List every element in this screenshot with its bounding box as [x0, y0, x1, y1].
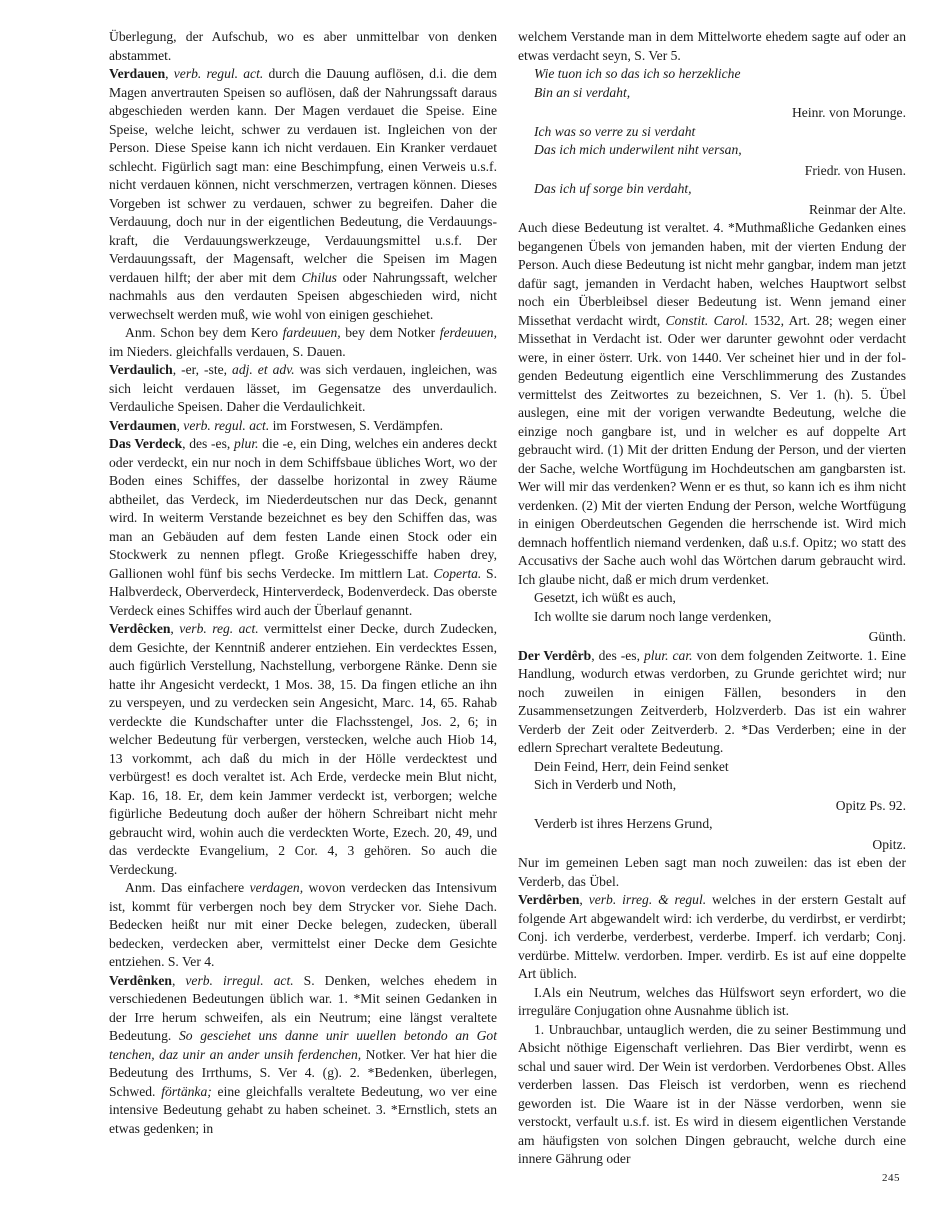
quote-attribution: Heinr. von Morunge.	[518, 102, 906, 123]
verse-line: Bin an si verdaht,	[518, 84, 906, 103]
quote-attribution: Günth.	[518, 626, 906, 647]
headword: Verdêrben	[518, 892, 579, 907]
body-text: Auch diese Bedeutung ist veraltet. 4. *M…	[518, 220, 906, 328]
verse-line: Verderb ist ihres Herzens Grund,	[518, 815, 906, 834]
verse-line: Dein Feind, Herr, dein Feind senket	[518, 758, 906, 777]
verse-line: Das ich mich underwilent niht versan,	[518, 141, 906, 160]
annotation-paragraph: I.Als ein Neutrum, welches das Hülfswort…	[518, 984, 906, 1021]
grammar-label: verb. irregul. act.	[185, 973, 293, 988]
grammar-label: plur.	[234, 436, 259, 451]
body-text: 1532, Art. 28; wegen einer Missethat in …	[518, 313, 906, 587]
headword: Verdênken	[109, 973, 172, 988]
body-text: im Nieders. gleichfalls verdauen, S. Dau…	[109, 344, 346, 359]
quote-attribution: Opitz Ps. 92.	[518, 795, 906, 816]
grammar-label: verb. irreg. & regul.	[589, 892, 706, 907]
italic-text: Coperta.	[433, 566, 481, 581]
headword-suffix: , des -es,	[591, 648, 644, 663]
headword-suffix: ,	[172, 973, 185, 988]
dictionary-entry: Der Verdêrb, des -es, plur. car. von dem…	[518, 647, 906, 758]
verse-line: Das ich uf sorge bin verdaht,	[518, 180, 906, 199]
quote-attribution: Reinmar der Alte.	[518, 199, 906, 220]
headword: Verdaumen	[109, 418, 176, 433]
headword-suffix: ,	[165, 66, 174, 81]
right-column: welchem Verstande man in dem Mittelworte…	[518, 28, 906, 1169]
body-text: Anm. Das einfachere	[125, 880, 250, 895]
headword: Verdauen	[109, 66, 165, 81]
paragraph: welchem Verstande man in dem Mittelworte…	[518, 28, 906, 65]
italic-text: Constit. Carol.	[666, 313, 749, 328]
dictionary-entry: Verdêrben, verb. irreg. & regul. welches…	[518, 891, 906, 984]
body-text: 1. Unbrauchbar, untauglich werden, die z…	[518, 1022, 906, 1167]
headword-suffix: , -er, -ste,	[173, 362, 232, 377]
headword: Der Verdêrb	[518, 648, 591, 663]
grammar-label: verb. reg. act.	[179, 621, 258, 636]
headword-suffix: ,	[170, 621, 179, 636]
dictionary-entry: Verdêcken, verb. reg. act. vermittelst e…	[109, 620, 497, 879]
headword: Das Verdeck	[109, 436, 182, 451]
left-column: Überlegung, der Aufschub, wo es aber unm…	[109, 28, 497, 1138]
annotation-paragraph: 1. Unbrauchbar, untauglich werden, die z…	[518, 1021, 906, 1169]
dictionary-entry: Verdaumen, verb. regul. act. im Forstwes…	[109, 417, 497, 436]
paragraph: Überlegung, der Aufschub, wo es aber unm…	[109, 28, 497, 65]
body-text: die -e, ein Ding, welches ein an­deres d…	[109, 436, 497, 581]
verse-line: Ich was so verre zu si verdaht	[518, 123, 906, 142]
italic-text: Chilus	[301, 270, 337, 285]
quote-attribution: Opitz.	[518, 834, 906, 855]
grammar-label: verb. regul. act.	[174, 66, 264, 81]
body-text: durch die Dauung auflösen, d.i. die dem …	[109, 66, 497, 285]
paragraph: Auch diese Bedeutung ist veraltet. 4. *M…	[518, 219, 906, 589]
italic-text: verdagen,	[250, 880, 303, 895]
verse-line: Wie tuon ich so das ich so herzekliche	[518, 65, 906, 84]
verse-line: Ich wollte sie darum noch lange verdenke…	[518, 608, 906, 627]
verse-line: Sich in Verderb und Noth,	[518, 776, 906, 795]
verse-line: Gesetzt, ich wüßt es auch,	[518, 589, 906, 608]
quote-attribution: Friedr. von Husen.	[518, 160, 906, 181]
headword-suffix: , des -es,	[182, 436, 234, 451]
body-text: Überlegung, der Aufschub, wo es aber unm…	[109, 29, 497, 63]
grammar-label: verb. regul. act.	[183, 418, 269, 433]
dictionary-entry: Verdênken, verb. irregul. act. S. Denken…	[109, 972, 497, 1139]
italic-text: fer­deuuen,	[440, 325, 497, 340]
dictionary-entry: Verdauen, verb. regul. act. durch die Da…	[109, 65, 497, 324]
headword: Verdêcken	[109, 621, 170, 636]
body-text: vermittelst einer Decke, durch Zu­decken…	[109, 621, 497, 877]
body-text: Anm. Schon bey dem Kero	[125, 325, 283, 340]
annotation-paragraph: Anm. Schon bey dem Kero fardeuuen, bey d…	[109, 324, 497, 361]
annotation-paragraph: Anm. Das einfachere verdagen, wovon verd…	[109, 879, 497, 972]
paragraph: Nur im gemeinen Leben sagt man noch zuwe…	[518, 854, 906, 891]
body-text: bey dem Notker	[341, 325, 440, 340]
body-text: welchem Verstande man in dem Mittelworte…	[518, 29, 906, 63]
dictionary-entry: Das Verdeck, des -es, plur. die -e, ein …	[109, 435, 497, 620]
dictionary-entry: Verdaulich, -er, -ste, adj. et adv. was …	[109, 361, 497, 417]
italic-text: fardeuuen,	[283, 325, 341, 340]
headword: Verdaulich	[109, 362, 173, 377]
grammar-label: adj. et adv.	[232, 362, 295, 377]
body-text: Nur im gemeinen Leben sagt man noch zuwe…	[518, 855, 906, 889]
body-text: im Forstwesen, S. Verdämpfen.	[269, 418, 443, 433]
body-text: von dem folgenden Zeitworte. 1. Eine Han…	[518, 648, 906, 756]
headword-suffix: ,	[579, 892, 588, 907]
italic-text: förtänka;	[161, 1084, 212, 1099]
page-number: 245	[882, 1172, 900, 1184]
body-text: I.Als ein Neutrum, welches das Hülfswort…	[518, 985, 906, 1019]
grammar-label: plur. car.	[644, 648, 693, 663]
